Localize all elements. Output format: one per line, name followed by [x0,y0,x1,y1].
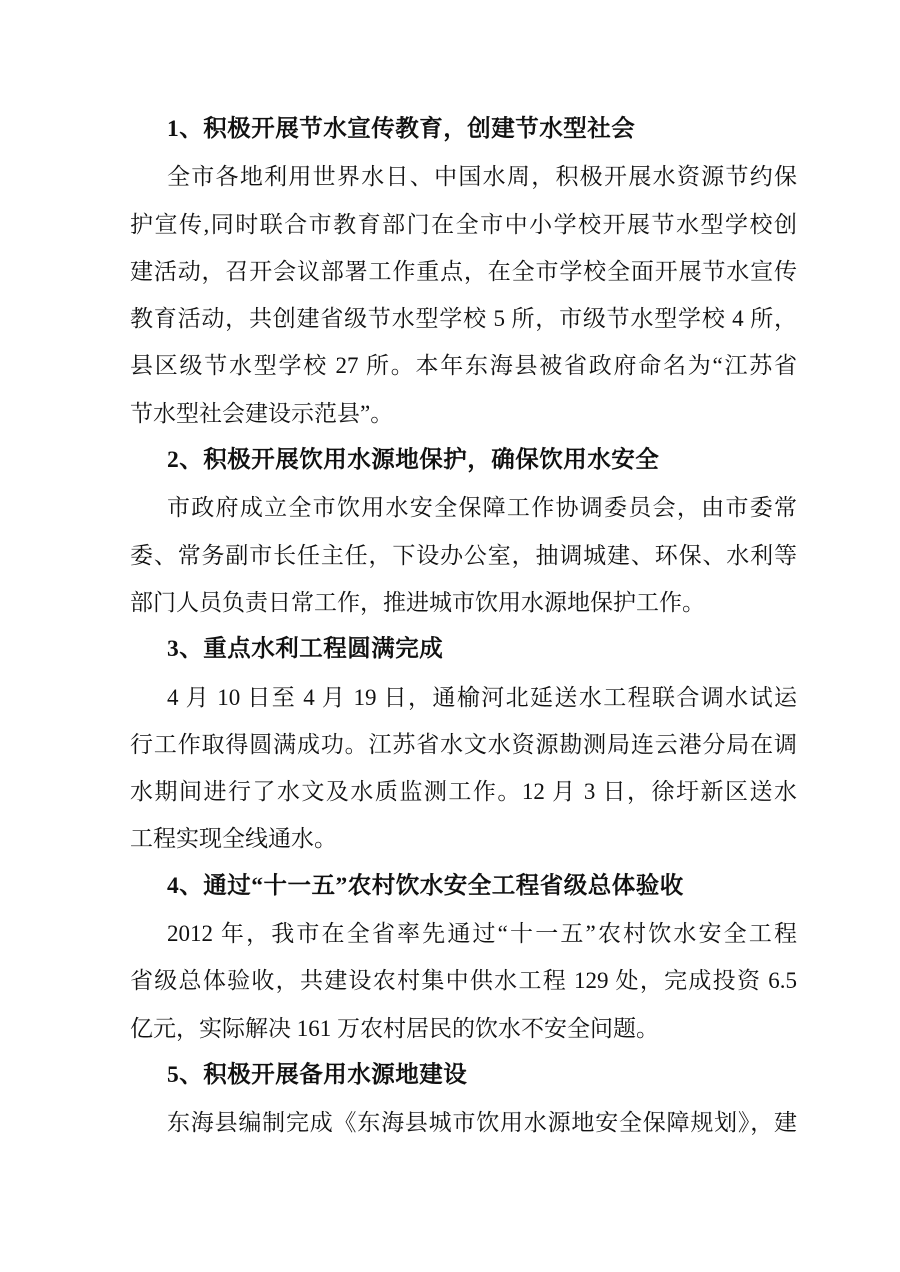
section-1-paragraph-line-2: 护宣传,同时联合市教育部门在全市中小学校开展节水型学校创 [130,201,797,248]
section-1-heading: 1、积极开展节水宣传教育，创建节水型社会 [130,106,797,153]
section-1-paragraph-line-5: 县区级节水型学校 27 所。本年东海县被省政府命名为“江苏省 [130,342,797,389]
section-3-paragraph-line-4: 工程实现全线通水。 [130,815,797,862]
document-body: 1、积极开展节水宣传教育，创建节水型社会全市各地利用世界水日、中国水周，积极开展… [130,106,797,1147]
section-1-paragraph-line-3: 建活动，召开会议部署工作重点，在全市学校全面开展节水宣传 [130,248,797,295]
section-3-paragraph-line-3: 水期间进行了水文及水质监测工作。12 月 3 日，徐圩新区送水 [130,768,797,815]
section-2-paragraph-line-1: 市政府成立全市饮用水安全保障工作协调委员会，由市委常 [130,484,797,531]
section-2-paragraph-line-2: 委、常务副市长任主任，下设办公室，抽调城建、环保、水利等 [130,532,797,579]
section-2-heading: 2、积极开展饮用水源地保护，确保饮用水安全 [130,437,797,484]
section-5-heading: 5、积极开展备用水源地建设 [130,1052,797,1099]
section-3-heading: 3、重点水利工程圆满完成 [130,626,797,673]
section-4-paragraph-line-3: 亿元，实际解决 161 万农村居民的饮水不安全问题。 [130,1005,797,1052]
section-4-heading: 4、通过“十一五”农村饮水安全工程省级总体验收 [130,863,797,910]
section-4-paragraph-line-1: 2012 年，我市在全省率先通过“十一五”农村饮水安全工程 [130,910,797,957]
section-4-paragraph-line-2: 省级总体验收，共建设农村集中供水工程 129 处，完成投资 6.5 [130,957,797,1004]
section-1-paragraph-line-6: 节水型社会建设示范县”。 [130,390,797,437]
section-2-paragraph-line-3: 部门人员负责日常工作，推进城市饮用水源地保护工作。 [130,579,797,626]
section-1-paragraph-line-4: 教育活动，共创建省级节水型学校 5 所，市级节水型学校 4 所， [130,295,797,342]
section-5-paragraph-line-1: 东海县编制完成《东海县城市饮用水源地安全保障规划》，建 [130,1099,797,1146]
section-1-paragraph-line-1: 全市各地利用世界水日、中国水周，积极开展水资源节约保 [130,153,797,200]
section-3-paragraph-line-1: 4 月 10 日至 4 月 19 日，通榆河北延送水工程联合调水试运 [130,674,797,721]
section-3-paragraph-line-2: 行工作取得圆满成功。江苏省水文水资源勘测局连云港分局在调 [130,721,797,768]
document-page: 1、积极开展节水宣传教育，创建节水型社会全市各地利用世界水日、中国水周，积极开展… [0,0,900,1272]
